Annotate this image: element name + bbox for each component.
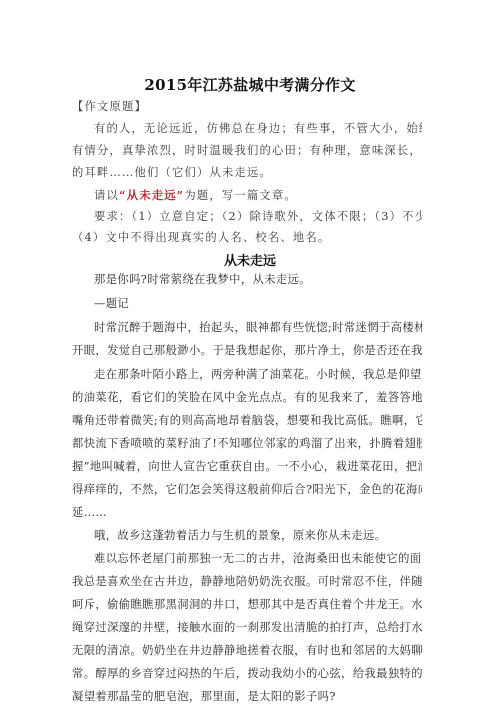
essay-line: 常。醇厚的乡音穿过闷热的午后，拨动我幼小的心弦，给我最独特的清凉。我 xyxy=(72,667,422,681)
essay-line: 都快流下香喷喷的菜籽油了!不知哪位邻家的鸡溜了出来，扑腾着翅膀，“握 xyxy=(72,437,422,451)
essay-line: 时常沉醉于题海中，抬起头，眼神都有些恍惚;时常迷惘于高楼林立中，睁 xyxy=(94,321,422,335)
prompt-requirement: （4）文中不得出现真实的人名、校名、地名。 xyxy=(72,231,422,245)
document-title: 2015年江苏盐城中考满分作文 xyxy=(0,74,500,95)
prompt-line: 的耳畔……他们（它们）从未走远。 xyxy=(72,166,422,180)
essay-line: 的油菜花，看它们的笑脸在风中金光点点。有的见我来了，羞答答地垂着头， xyxy=(72,391,422,405)
instruction-suffix: 为题，写一篇文章。 xyxy=(184,189,296,202)
instruction-topic: “从未走远” xyxy=(119,188,184,202)
essay-line: 凝望着那晶莹的肥皂泡，那里面，是太阳的影子吗? xyxy=(72,690,422,704)
essay-line: 开眼，发觉自己那般渺小。于是我想起你，那片净土，你是否还在我心里? xyxy=(72,344,422,358)
essay-line: 哦，故乡这蓬勃着活力与生机的景象，原来你从未走远。 xyxy=(94,529,422,543)
essay-line: 绳穿过深邃的井壁，接触水面的一刹那发出清脆的拍打声，总给打水的人带来 xyxy=(72,621,422,635)
essay-line: 得痒痒的，不然，它们怎会笑得这般前仰后合?阳光下，金色的花海向天边蔓 xyxy=(72,483,422,497)
essay-line: 呵斥，偷偷瞧瞧那黑洞洞的井口，想那其中是否真住着个井龙王。水桶牵着井 xyxy=(72,598,422,612)
essay-line: 握”地叫喊着，向世人宣告它重获自由。一不小心，栽进菜花田，把油菜花弄 xyxy=(72,460,422,474)
essay-line: 走在那条叶陌小路上，两旁种满了油菜花。小时候，我总是仰望那齐人高 xyxy=(94,368,422,382)
essay-line: 无限的清凉。奶奶坐在井边静静地搓着衣服，有时也和邻居的大妈聊一聊家 xyxy=(72,644,422,658)
essay-line: 嘴角还带着微笑;有的则高高地昂着脑袋，想要和我比高低。瞧啊，它们的嘴角 xyxy=(72,414,422,428)
essay-title: 从未走远 xyxy=(0,250,500,269)
prompt-line: 有情分，真挚浓烈，时时温暖我们的心田；有种理，意味深长，常常萦绕我们 xyxy=(72,144,422,158)
essay-epigraph-note: —题记 xyxy=(94,297,422,311)
prompt-header: 【作文原题】 xyxy=(72,100,422,114)
essay-epigraph: 那是你吗?时常萦绕在我梦中，从未走远。 xyxy=(94,273,422,287)
prompt-line: 有的人，无论远近，仿佛总在身边；有些事，不管大小，始终浮现眼前； xyxy=(94,122,422,136)
essay-line: 我总是喜欢坐在古井边，静静地陪奶奶洗衣服。可时常忍不住，伴随着身后的 xyxy=(72,575,422,589)
prompt-instruction: 请以“从未走远”为题，写一篇文章。 xyxy=(94,188,422,203)
essay-line: 难以忘怀老屋门前那独一无二的古井，沧海桑田也未能使它的面庞朦胧。 xyxy=(94,552,422,566)
prompt-requirement: 要求：（1）立意自定；（2）除诗歌外，文体不限；（3）不少于 600 字； xyxy=(94,210,422,224)
essay-line: 延…… xyxy=(72,506,422,520)
document-page: 2015年江苏盐城中考满分作文 【作文原题】 有的人，无论远近，仿佛总在身边；有… xyxy=(0,0,500,707)
instruction-prefix: 请以 xyxy=(94,189,119,202)
